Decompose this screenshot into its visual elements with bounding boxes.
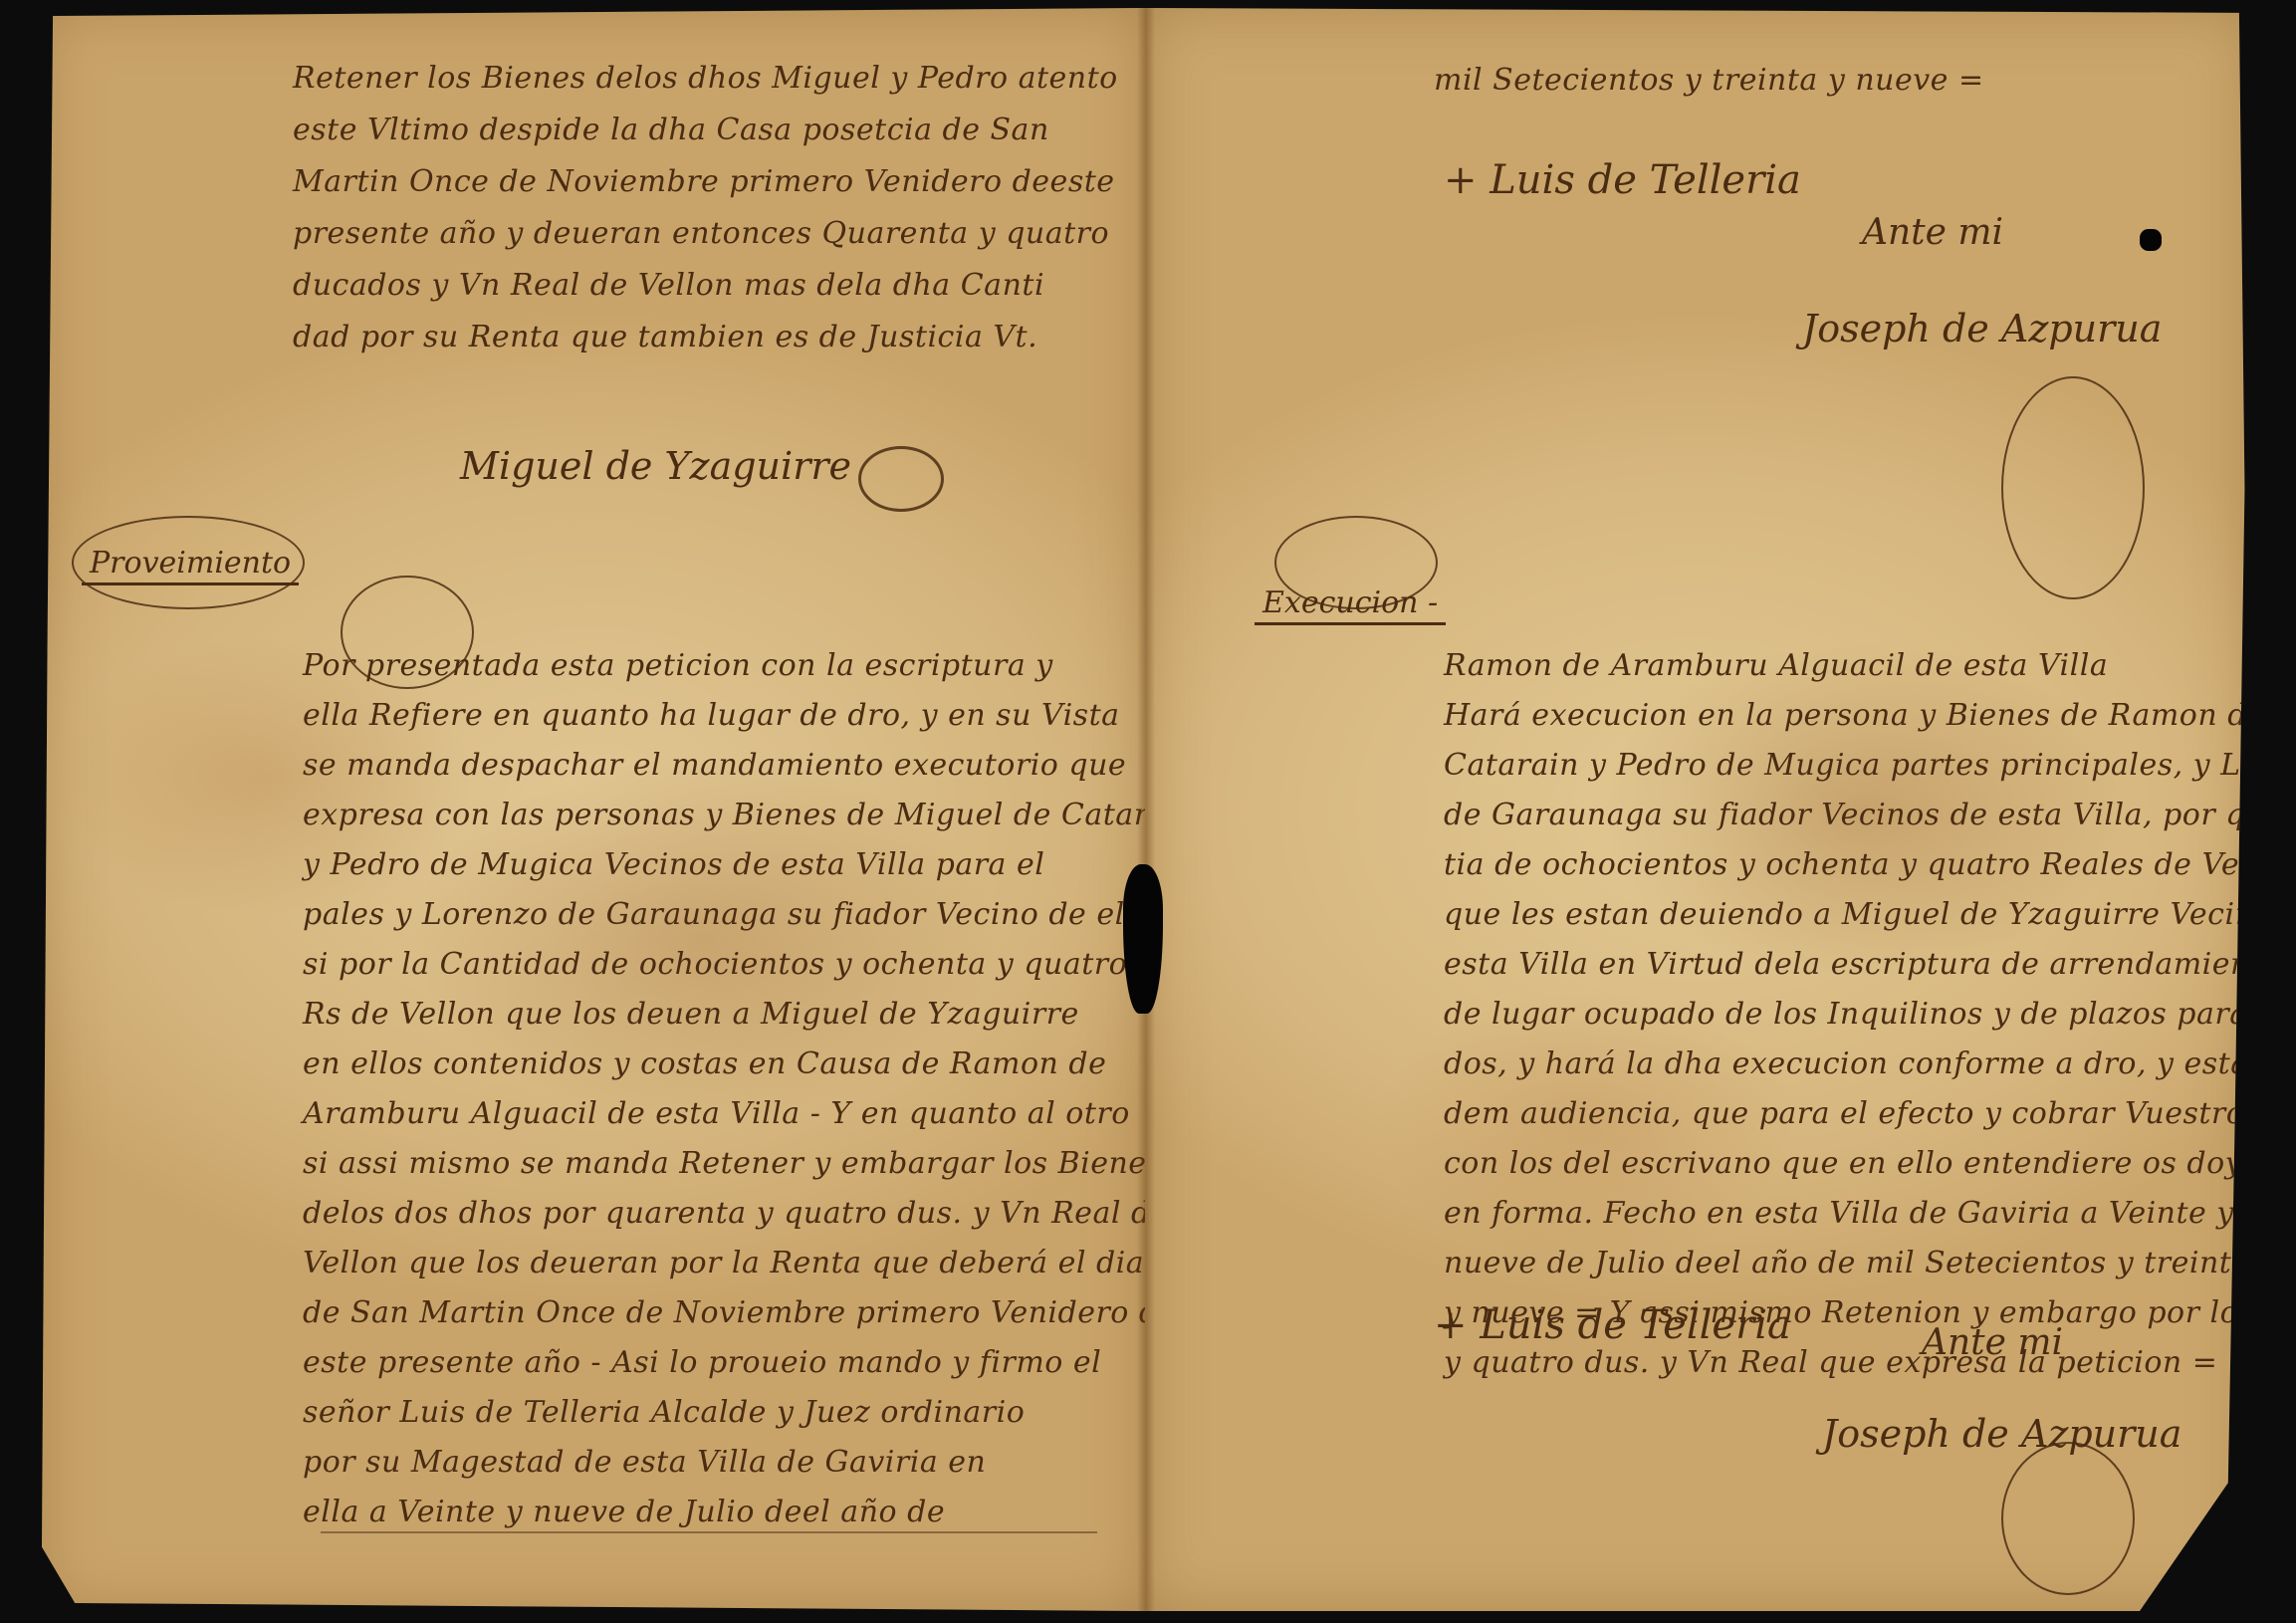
- text-line: de lugar ocupado de los Inquilinos y de …: [1444, 994, 2296, 1036]
- text-line: dos, y hará la dha execucion conforme a …: [1444, 1043, 2296, 1085]
- right-page: mil Setecientos y treinta y nueve = + Lu…: [1145, 8, 2250, 1611]
- text-line: nueve de Julio deel año de mil Setecient…: [1444, 1243, 2296, 1284]
- text-line: con los del escrivano que en ello entend…: [1444, 1143, 2296, 1185]
- text-line: Retener los Bienes delos dhos Miguel y P…: [293, 58, 1118, 100]
- signature-joseph-azpurua-top: Joseph de Azpurua: [1802, 307, 2162, 350]
- text-line: presente año y deueran entonces Quarenta…: [293, 213, 1118, 255]
- text-line: delos dos dhos por quarenta y quatro dus…: [303, 1193, 1197, 1235]
- text-line: este presente año - Asi lo proueio mando…: [303, 1342, 1197, 1384]
- text-line: pales y Lorenzo de Garaunaga su fiador V…: [303, 894, 1197, 936]
- document-viewer: Retener los Bienes delos dhos Miguel y P…: [0, 0, 2296, 1623]
- text-line: dad por su Renta que tambien es de Justi…: [293, 317, 1118, 358]
- bottom-rule-line: [321, 1531, 1097, 1533]
- signature-luis-telleria-top: + Luis de Telleria: [1444, 157, 1801, 203]
- right-top-text: mil Setecientos y treinta y nueve =: [1434, 60, 1984, 102]
- text-line: Catarain y Pedro de Mugica partes princi…: [1444, 745, 2296, 787]
- text-line: Vellon que los deueran por la Renta que …: [303, 1243, 1197, 1284]
- text-line: tia de ochocientos y ochenta y quatro Re…: [1444, 844, 2296, 886]
- text-line: en forma. Fecho en esta Villa de Gaviria…: [1444, 1193, 2296, 1235]
- signature-flourish-icon: [858, 446, 944, 512]
- text-line: Aramburu Alguacil de esta Villa - Y en q…: [303, 1093, 1197, 1135]
- right-body-text: Ramon de Aramburu Alguacil de esta Villa…: [1444, 645, 2296, 1384]
- text-line: y Pedro de Mugica Vecinos de esta Villa …: [303, 844, 1197, 886]
- text-line: si assi mismo se manda Retener y embarga…: [303, 1143, 1197, 1185]
- text-line: y quatro dus. y Vn Real que expresa la p…: [1444, 1342, 2296, 1384]
- text-line: por su Magestad de esta Villa de Gaviria…: [303, 1442, 1197, 1484]
- text-line: de San Martin Once de Noviembre primero …: [303, 1292, 1197, 1334]
- text-line: si por la Cantidad de ochocientos y oche…: [303, 944, 1197, 986]
- signature-flourish-icon: [2001, 376, 2145, 599]
- text-line: señor Luis de Telleria Alcalde y Juez or…: [303, 1392, 1197, 1434]
- manuscript-spread: Retener los Bienes delos dhos Miguel y P…: [42, 8, 2250, 1611]
- signature-ante-mi-top: Ante mi: [1862, 212, 2003, 253]
- paper-hole-damage: [2140, 229, 2162, 251]
- text-line: Martin Once de Noviembre primero Venider…: [293, 161, 1118, 203]
- text-line: Hará execucion en la persona y Bienes de…: [1444, 695, 2296, 737]
- signature-ante-mi-bottom: Ante mi: [1922, 1322, 2063, 1363]
- signature-miguel-yzaguirre: Miguel de Yzaguirre: [460, 444, 851, 488]
- signature-luis-telleria-bottom: + Luis de Telleria: [1434, 1302, 1791, 1348]
- text-line: ducados y Vn Real de Vellon mas dela dha…: [293, 265, 1118, 307]
- book-gutter: [1137, 8, 1155, 1611]
- margin-flourish-icon: [1274, 516, 1438, 609]
- signature-joseph-azpurua-bottom: Joseph de Azpurua: [1822, 1412, 2181, 1456]
- text-line: que les estan deuiendo a Miguel de Yzagu…: [1444, 894, 2296, 936]
- text-line: dem audiencia, que para el efecto y cobr…: [1444, 1093, 2296, 1135]
- text-line: en ellos contenidos y costas en Causa de…: [303, 1043, 1197, 1085]
- paper-hole-damage: [1123, 864, 1163, 1014]
- text-line: expresa con las personas y Bienes de Mig…: [303, 795, 1197, 836]
- text-line: Rs de Vellon que los deuen a Miguel de Y…: [303, 994, 1197, 1036]
- text-line: de Garaunaga su fiador Vecinos de esta V…: [1444, 795, 2296, 836]
- text-line: esta Villa en Virtud dela escriptura de …: [1444, 944, 2296, 986]
- text-line: se manda despachar el mandamiento execut…: [303, 745, 1197, 787]
- left-page: Retener los Bienes delos dhos Miguel y P…: [42, 8, 1145, 1611]
- text-line: mil Setecientos y treinta y nueve =: [1434, 60, 1984, 102]
- text-line: Por presentada esta peticion con la escr…: [303, 645, 1197, 687]
- text-line: Ramon de Aramburu Alguacil de esta Villa: [1444, 645, 2296, 687]
- left-top-paragraph: Retener los Bienes delos dhos Miguel y P…: [293, 58, 1118, 358]
- text-line: ella Refiere en quanto ha lugar de dro, …: [303, 695, 1197, 737]
- text-line: este Vltimo despide la dha Casa posetcia…: [293, 110, 1118, 151]
- signature-flourish-icon: [2001, 1442, 2135, 1595]
- text-line: ella a Veinte y nueve de Julio deel año …: [303, 1492, 1197, 1533]
- left-body-text: Por presentada esta peticion con la escr…: [303, 645, 1197, 1533]
- margin-flourish-icon: [72, 516, 305, 609]
